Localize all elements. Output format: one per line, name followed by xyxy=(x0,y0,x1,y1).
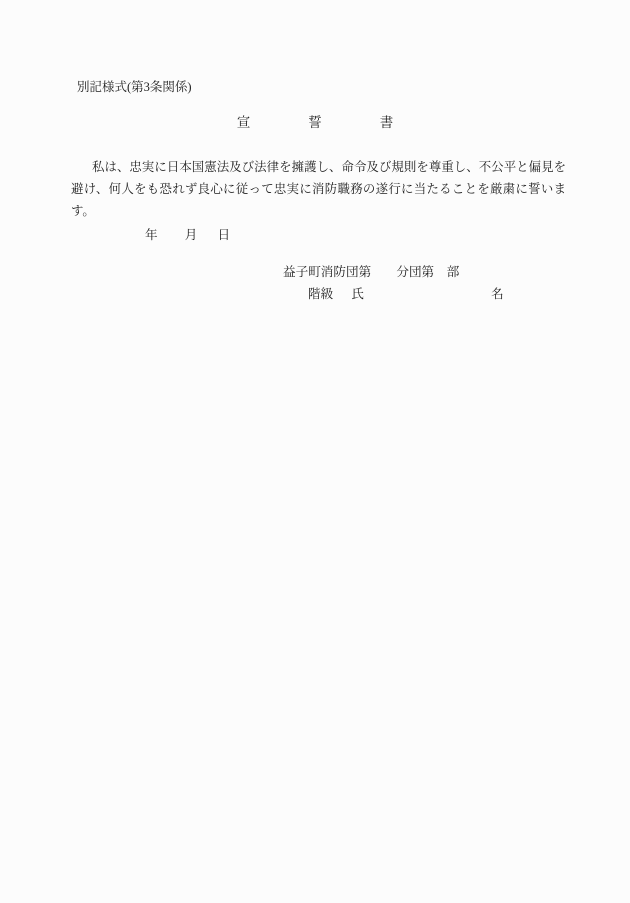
oath-line-1: 私は、忠実に日本国憲法及び法律を擁護し、命令及び規則を尊重し、不公平と偏見を xyxy=(71,156,566,178)
title-char-sen: 宣 xyxy=(237,112,251,134)
day-label: 日 xyxy=(218,228,231,242)
title-char-sho: 書 xyxy=(380,112,394,134)
oath-line-3: す。 xyxy=(71,200,566,222)
name-last-label: 名 xyxy=(491,287,504,301)
rank-name-line: 階級 氏 名 xyxy=(308,283,504,305)
date-line: 年 月 日 xyxy=(145,224,230,246)
year-label: 年 xyxy=(145,228,158,242)
document-title: 宣 誓 書 xyxy=(0,112,630,134)
name-first-label: 氏 xyxy=(351,287,364,301)
rank-label: 階級 xyxy=(308,287,333,301)
form-style-label: 別記様式(第3条関係) xyxy=(77,76,192,98)
oath-paragraph: 私は、忠実に日本国憲法及び法律を擁護し、命令及び規則を尊重し、不公平と偏見を 避… xyxy=(71,156,566,222)
month-label: 月 xyxy=(185,228,198,242)
title-char-sei: 誓 xyxy=(308,112,322,134)
oath-line-2: 避け、何人をも恐れず良心に従って忠実に消防職務の遂行に当たることを厳粛に誓いま xyxy=(71,178,566,200)
document-page: 別記様式(第3条関係) 宣 誓 書 私は、忠実に日本国憲法及び法律を擁護し、命令… xyxy=(0,0,630,903)
organization-line: 益子町消防団第 分団第 部 xyxy=(283,261,459,283)
